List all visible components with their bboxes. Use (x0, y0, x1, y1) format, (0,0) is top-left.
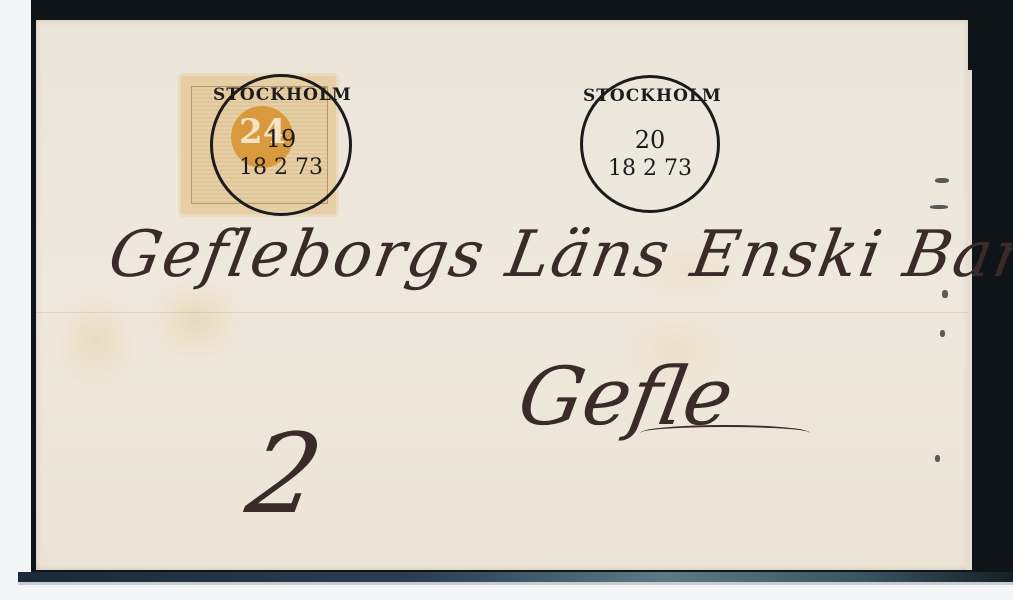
ink-smudge (930, 205, 948, 209)
postmark-date: 18 2 73 (213, 155, 349, 180)
postmark-on-stamp: STOCKHOLM 19 18 2 73 (210, 74, 352, 216)
postal-cover (36, 20, 968, 570)
postmark-town: STOCKHOLM (583, 86, 717, 106)
postmark-date: 18 2 73 (583, 156, 717, 181)
cover-fold-line (36, 312, 968, 313)
postmark-day: 19 (213, 125, 349, 153)
ink-smudge (935, 178, 949, 183)
address-line-1: Gefleborgs Läns Enski Bank, (103, 218, 1013, 292)
postmark-on-cover: STOCKHOLM 20 18 2 73 (580, 75, 720, 213)
flourish-line (640, 425, 810, 441)
ink-smudge (942, 290, 948, 298)
cover-flap-edge (966, 70, 972, 570)
ink-smudge (935, 455, 940, 462)
mount-bottom-edge (18, 572, 1013, 585)
ink-smudge (940, 330, 945, 337)
postmark-town: STOCKHOLM (213, 85, 349, 105)
postmark-day: 20 (583, 126, 717, 154)
